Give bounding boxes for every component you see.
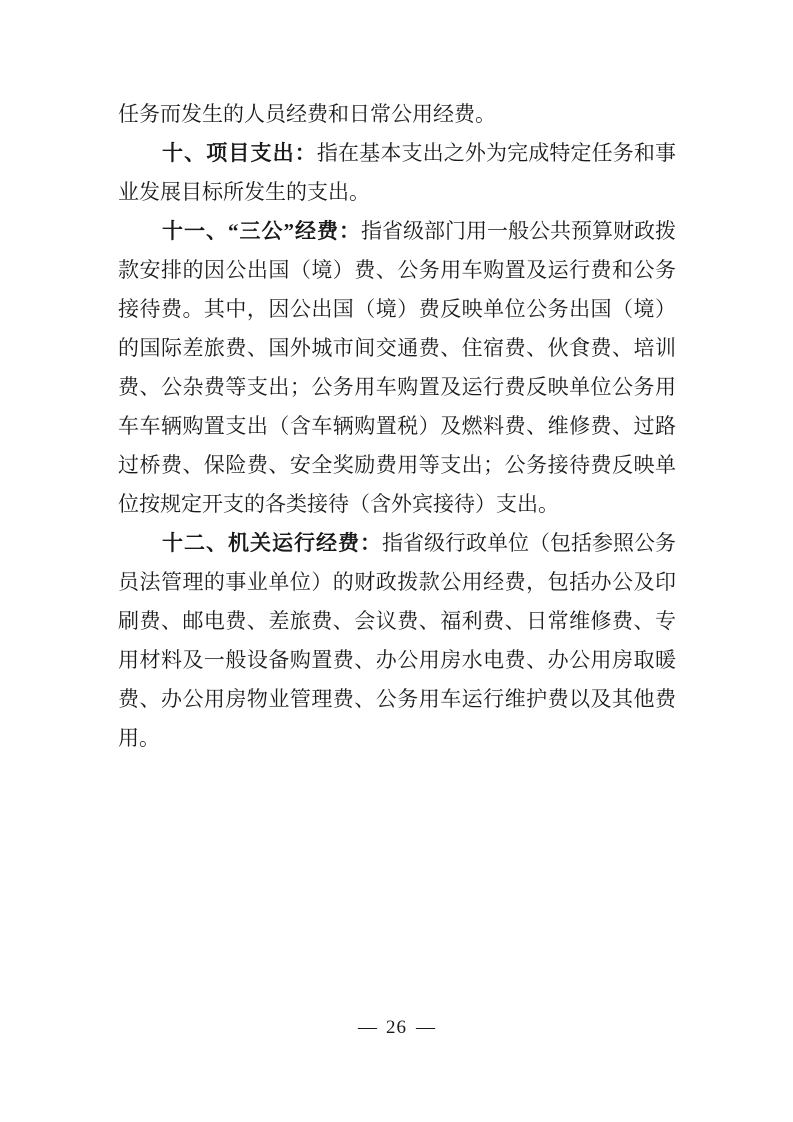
page-footer: —26—	[0, 1014, 793, 1042]
paragraph-item-12: 十二、机关运行经费：指省级行政单位（包括参照公务员法管理的事业单位）的财政拨款公…	[118, 524, 676, 758]
paragraph-text: 指省级行政单位（包括参照公务员法管理的事业单位）的财政拨款公用经费，包括办公及印…	[118, 531, 676, 750]
paragraph-item-10: 十、项目支出：指在基本支出之外为完成特定任务和事业发展目标所发生的支出。	[118, 134, 676, 212]
paragraph-lead: 十、项目支出：	[162, 141, 317, 165]
footer-dash-right: —	[416, 1017, 435, 1038]
footer-dash-left: —	[358, 1017, 377, 1038]
paragraph-continuation: 任务而发生的人员经费和日常公用经费。	[118, 95, 676, 134]
paragraph-text: 指省级部门用一般公共预算财政拨款安排的因公出国（境）费、公务用车购置及运行费和公…	[118, 219, 676, 516]
page-number: 26	[386, 1017, 407, 1038]
paragraph-lead: 十二、机关运行经费：	[162, 531, 382, 555]
paragraph-lead: 十一、“三公”经费：	[162, 219, 361, 243]
paragraph-item-11: 十一、“三公”经费：指省级部门用一般公共预算财政拨款安排的因公出国（境）费、公务…	[118, 212, 676, 524]
document-body: 任务而发生的人员经费和日常公用经费。 十、项目支出：指在基本支出之外为完成特定任…	[118, 95, 676, 758]
document-page: 任务而发生的人员经费和日常公用经费。 十、项目支出：指在基本支出之外为完成特定任…	[0, 0, 793, 1122]
paragraph-text: 任务而发生的人员经费和日常公用经费。	[118, 102, 496, 126]
